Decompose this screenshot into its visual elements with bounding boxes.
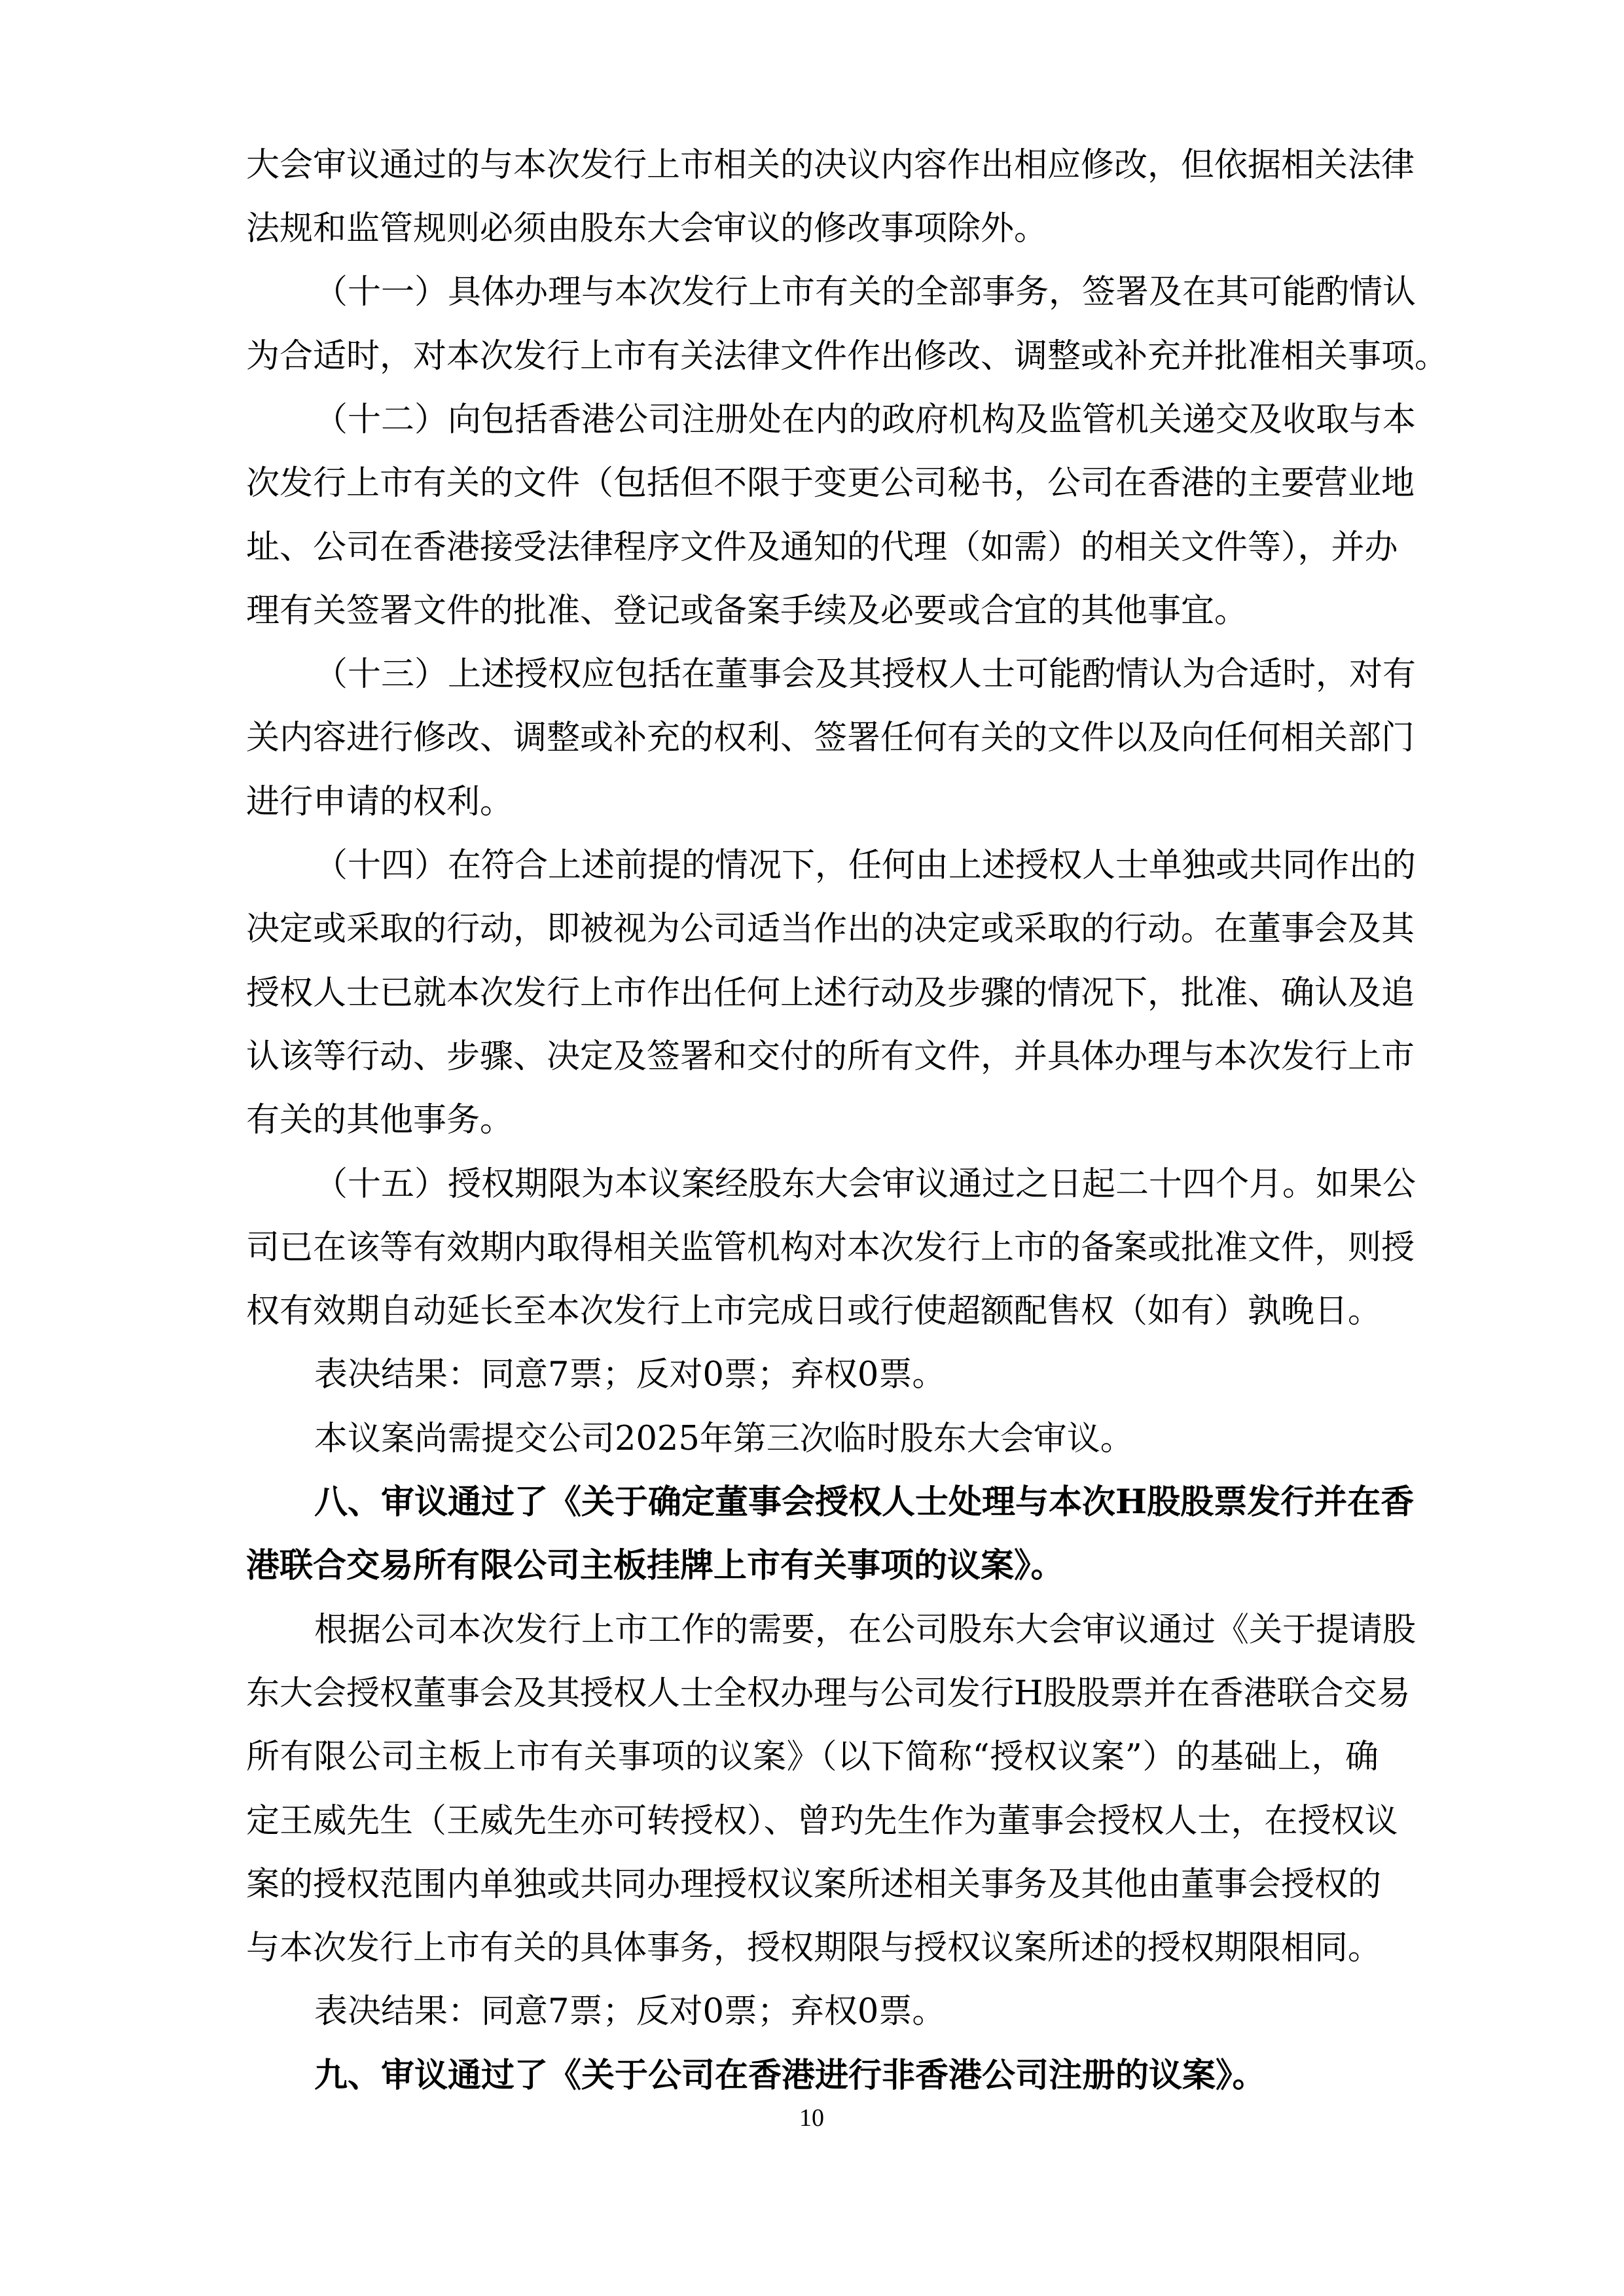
section-8-body-line: 东大会授权董事会及其授权人士全权办理与公司发行H股股票并在香港联合交易: [246, 1662, 1379, 1725]
item-15-line: 司已在该等有效期内取得相关监管机构对本次发行上市的备案或批准文件，则授: [246, 1216, 1379, 1280]
section-9-heading: 九、审议通过了《关于公司在香港进行非香港公司注册的议案》。: [314, 2044, 1379, 2108]
paragraph-continuation-line: 法规和监管规则必须由股东大会审议的修改事项除外。: [246, 197, 1379, 260]
vote-result: 表决结果：同意7票；反对0票；弃权0票。: [314, 1343, 1379, 1407]
item-12-line: 次发行上市有关的文件（包括但不限于变更公司秘书，公司在香港的主要营业地: [246, 452, 1379, 515]
document-page: 大会审议通过的与本次发行上市相关的决议内容作出相应修改，但依据相关法律 法规和监…: [0, 0, 1624, 2296]
item-13-line: 关内容进行修改、调整或补充的权利、签署任何有关的文件以及向任何相关部门: [246, 706, 1379, 770]
section-8-heading: 港联合交易所有限公司主板挂牌上市有关事项的议案》。: [246, 1534, 1379, 1598]
section-8-body-line: 案的授权范围内单独或共同办理授权议案所述相关事务及其他由董事会授权的: [246, 1853, 1379, 1916]
item-12-line: （十二）向包括香港公司注册处在内的政府机构及监管机关递交及收取与本: [314, 388, 1379, 452]
item-15-line: 权有效期自动延长至本次发行上市完成日或行使超额配售权（如有）孰晚日。: [246, 1280, 1379, 1343]
item-13-line: （十三）上述授权应包括在董事会及其授权人士可能酌情认为合适时，对有: [314, 643, 1379, 706]
section-8-body-line: 根据公司本次发行上市工作的需要，在公司股东大会审议通过《关于提请股: [314, 1598, 1379, 1662]
item-14-line: 决定或采取的行动，即被视为公司适当作出的决定或采取的行动。在董事会及其: [246, 897, 1379, 961]
vote-result: 表决结果：同意7票；反对0票；弃权0票。: [314, 1980, 1379, 2043]
paragraph-continuation-line: 大会审议通过的与本次发行上市相关的决议内容作出相应修改，但依据相关法律: [246, 134, 1379, 197]
item-15-line: （十五）授权期限为本议案经股东大会审议通过之日起二十四个月。如果公: [314, 1153, 1379, 1216]
item-14-line: 有关的其他事务。: [246, 1088, 1379, 1152]
item-13-line: 进行申请的权利。: [246, 770, 1379, 834]
item-14-line: 授权人士已就本次发行上市作出任何上述行动及步骤的情况下，批准、确认及追: [246, 961, 1379, 1025]
section-8-body-line: 所有限公司主板上市有关事项的议案》（以下简称“授权议案”）的基础上，确: [246, 1725, 1379, 1789]
item-11-line: 为合适时，对本次发行上市有关法律文件作出修改、调整或补充并批准相关事项。: [246, 325, 1379, 388]
item-11-line: （十一）具体办理与本次发行上市有关的全部事务，签署及在其可能酌情认: [314, 260, 1379, 324]
submission-note: 本议案尚需提交公司2025年第三次临时股东大会审议。: [314, 1407, 1379, 1471]
item-14-line: 认该等行动、步骤、决定及签署和交付的所有文件，并具体办理与本次发行上市: [246, 1025, 1379, 1088]
item-12-line: 址、公司在香港接受法律程序文件及通知的代理（如需）的相关文件等），并办: [246, 516, 1379, 579]
item-14-line: （十四）在符合上述前提的情况下，任何由上述授权人士单独或共同作出的: [314, 834, 1379, 897]
section-8-body-line: 与本次发行上市有关的具体事务，授权期限与授权议案所述的授权期限相同。: [246, 1916, 1379, 1980]
section-8-body-line: 定王威先生（王威先生亦可转授权）、曾玓先生作为董事会授权人士，在授权议: [246, 1789, 1379, 1853]
page-number: 10: [746, 2102, 877, 2134]
section-8-heading: 八、审议通过了《关于确定董事会授权人士处理与本次H股股票发行并在香: [314, 1471, 1379, 1534]
item-12-line: 理有关签署文件的批准、登记或备案手续及必要或合宜的其他事宜。: [246, 579, 1379, 643]
